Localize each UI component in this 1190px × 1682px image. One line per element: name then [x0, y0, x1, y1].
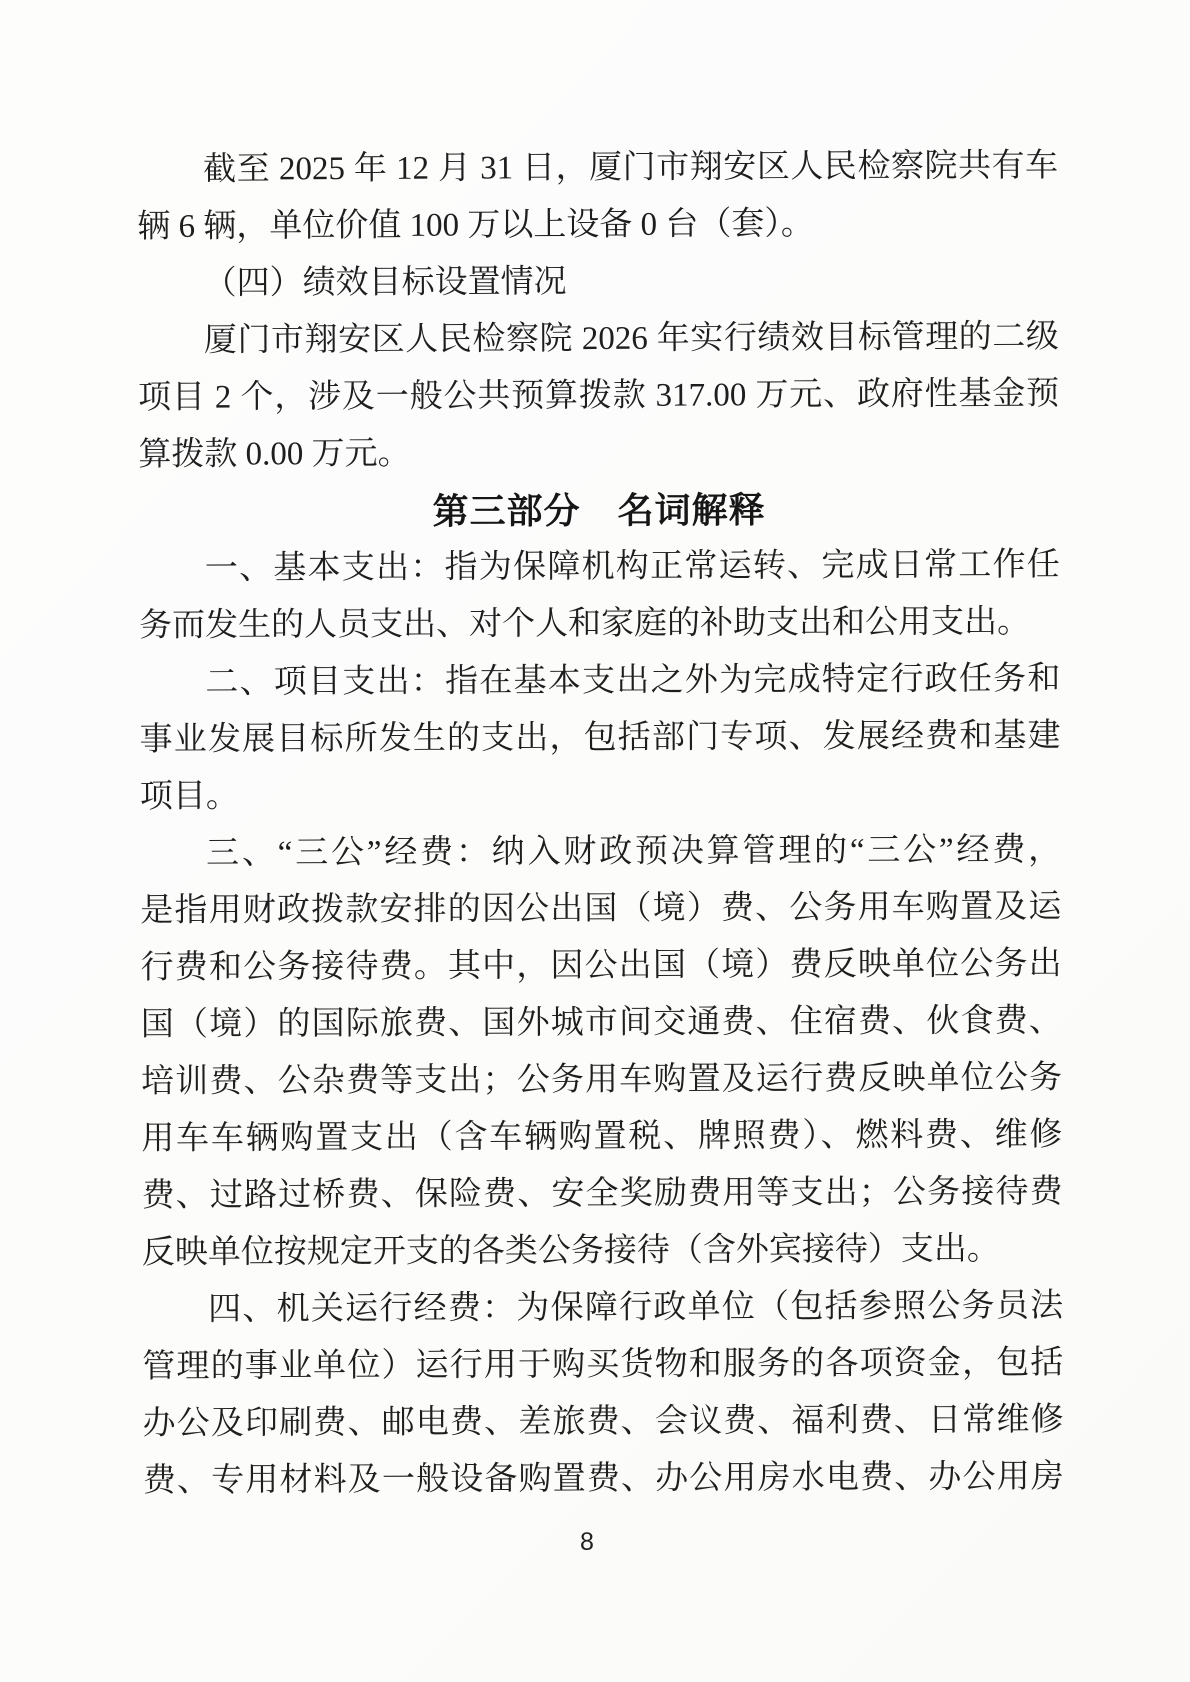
definition-agency-operating-funds-1: 四、机关运行经费：为保障行政单位（包括参照公务员法 [142, 1278, 1063, 1339]
body-line-vehicles-1: 截至 2025 年 12 月 31 日，厦门市翔安区人民检察院共有车 [137, 138, 1058, 199]
definition-project-expenditure-3: 项目。 [140, 765, 1061, 826]
definition-agency-operating-funds-3: 办公及印刷费、邮电费、差旅费、会议费、福利费、日常维修 [142, 1392, 1063, 1453]
definition-three-public-funds-6: 用车车辆购置支出（含车辆购置税、牌照费）、燃料费、维修 [141, 1107, 1062, 1168]
body-line-performance-2: 项目 2 个，涉及一般公共预算拨款 317.00 万元、政府性基金预 [138, 366, 1059, 427]
definition-three-public-funds-2: 是指用财政拨款安排的因公出国（境）费、公务用车购置及运 [140, 879, 1061, 940]
page-number: 8 [137, 1528, 1037, 1557]
body-line-vehicles-2: 辆 6 辆，单位价值 100 万以上设备 0 台（套）。 [137, 195, 1058, 256]
definition-basic-expenditure-1: 一、基本支出：指为保障机构正常运转、完成日常工作任 [139, 537, 1060, 598]
definition-three-public-funds-3: 行费和公务接待费。其中，因公出国（境）费反映单位公务出 [140, 936, 1061, 997]
document-content: 截至 2025 年 12 月 31 日，厦门市翔安区人民检察院共有车 辆 6 辆… [137, 138, 1064, 1510]
definition-agency-operating-funds-2: 管理的事业单位）运行用于购买货物和服务的各项资金，包括 [142, 1335, 1063, 1396]
definition-three-public-funds-7: 费、过路过桥费、保险费、安全奖励费用等支出；公务接待费 [141, 1164, 1062, 1225]
document-page: 截至 2025 年 12 月 31 日，厦门市翔安区人民检察院共有车 辆 6 辆… [0, 0, 1190, 1682]
body-line-performance-3: 算拨款 0.00 万元。 [138, 423, 1059, 484]
definition-three-public-funds-5: 培训费、公杂费等支出；公务用车购置及运行费反映单位公务 [141, 1050, 1062, 1111]
definition-project-expenditure-1: 二、项目支出：指在基本支出之外为完成特定行政任务和 [139, 651, 1060, 712]
body-line-performance-1: 厦门市翔安区人民检察院 2026 年实行绩效目标管理的二级 [138, 309, 1059, 370]
subsection-heading-performance-targets: （四）绩效目标设置情况 [138, 252, 1059, 313]
definition-three-public-funds-4: 国（境）的国际旅费、国外城市间交通费、住宿费、伙食费、 [141, 993, 1062, 1054]
definition-three-public-funds-1: 三、“三公”经费：纳入财政预决算管理的“三公”经费， [140, 822, 1061, 883]
definition-basic-expenditure-2: 务而发生的人员支出、对个人和家庭的补助支出和公用支出。 [139, 594, 1060, 655]
section-heading-part-three: 第三部分 名词解释 [138, 480, 1059, 541]
definition-three-public-funds-8: 反映单位按规定开支的各类公务接待（含外宾接待）支出。 [142, 1221, 1063, 1282]
definition-project-expenditure-2: 事业发展目标所发生的支出，包括部门专项、发展经费和基建 [139, 708, 1060, 769]
definition-agency-operating-funds-4: 费、专用材料及一般设备购置费、办公用房水电费、办公用房 [143, 1449, 1064, 1510]
